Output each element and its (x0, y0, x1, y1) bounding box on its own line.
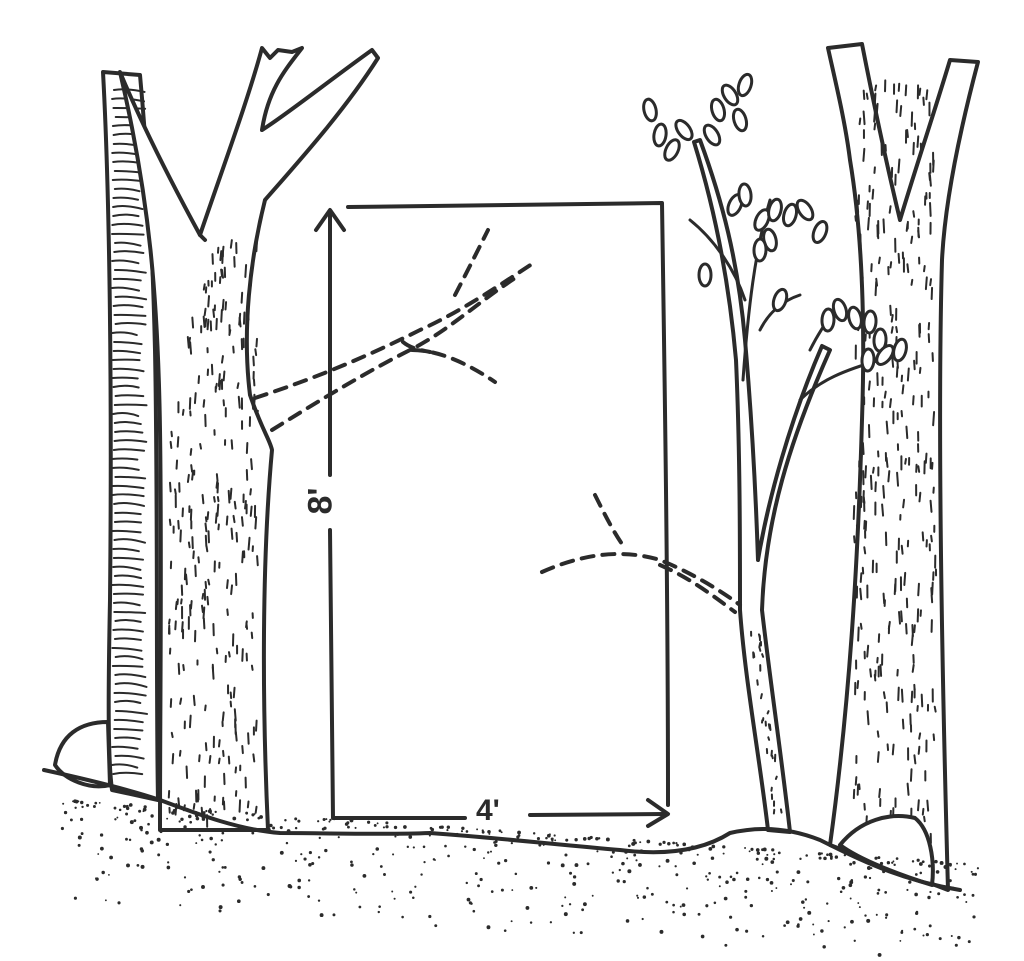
forked-tree-left (120, 48, 378, 830)
illustration-canvas (0, 0, 1024, 961)
width-dimension-label: 4' (470, 796, 506, 826)
forked-tree-right (828, 44, 978, 890)
height-dimension-label: 8' (300, 486, 342, 517)
